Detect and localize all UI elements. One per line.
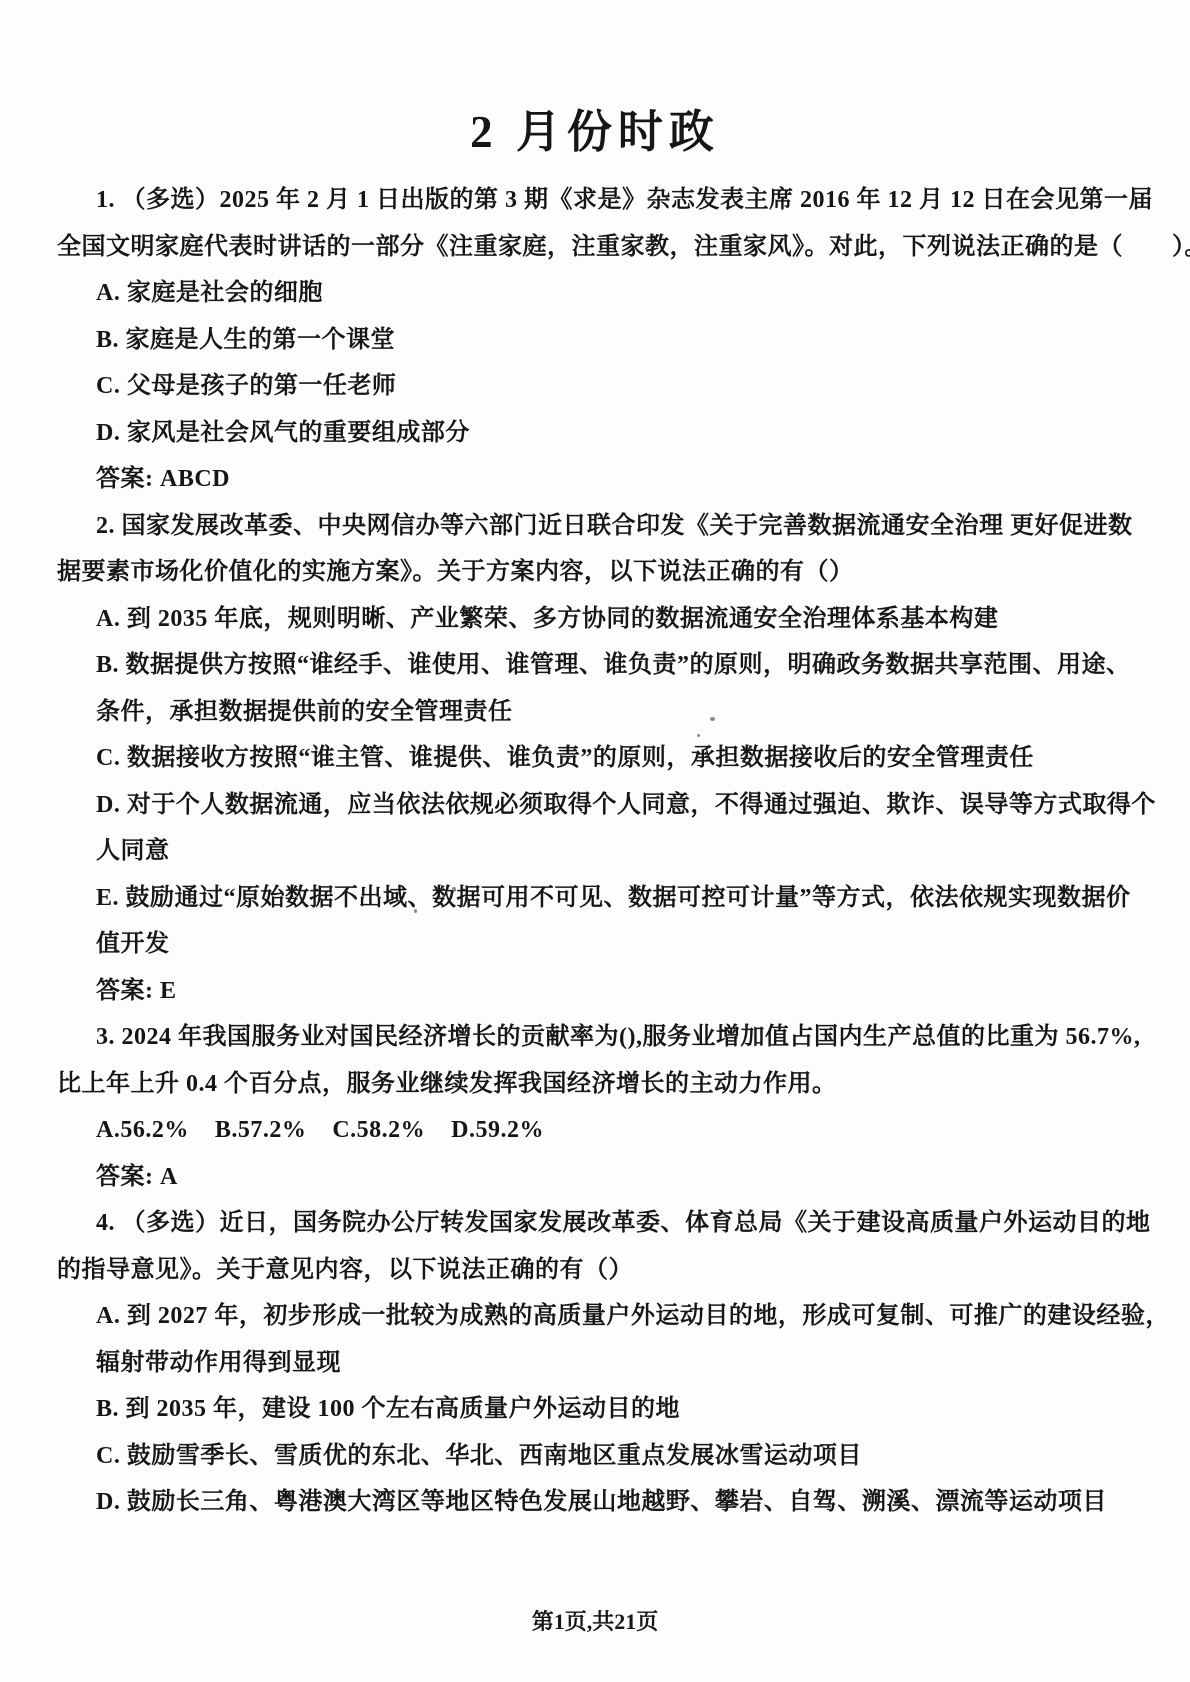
question-4-stem-line: 的指导意见》。关于意见内容，以下说法正确的有（） — [57, 1247, 1160, 1294]
scan-artifact-dot — [414, 909, 417, 913]
scan-artifact-dot — [710, 717, 715, 721]
question-2-stem-line: 据要素市场化价值化的实施方案》。关于方案内容，以下说法正确的有（） — [57, 549, 1160, 596]
question-1-option-line: D. 家风是社会风气的重要组成部分 — [57, 410, 1160, 457]
scan-artifact-dot — [452, 887, 456, 891]
question-2-option-line: E. 鼓励通过“原始数据不出域、数据可用不可见、数据可控可计量”等方式，依法依规… — [57, 875, 1160, 922]
question-2-option-line: 人同意 — [57, 828, 1160, 875]
question-3-stem-line: 比上年上升 0.4 个百分点，服务业继续发挥我国经济增长的主动力作用。 — [57, 1061, 1160, 1108]
question-3-stem-line: 3. 2024 年我国服务业对国民经济增长的贡献率为(),服务业增加值占国内生产… — [57, 1014, 1160, 1061]
question-1-stem-line: 1. （多选）2025 年 2 月 1 日出版的第 3 期《求是》杂志发表主席 … — [57, 177, 1160, 224]
question-1-option-line: C. 父母是孩子的第一任老师 — [57, 363, 1160, 410]
question-2-option-line: C. 数据接收方按照“谁主管、谁提供、谁负责”的原则，承担数据接收后的安全管理责… — [57, 735, 1160, 782]
question-1-stem-line: 全国文明家庭代表时讲话的一部分《注重家庭，注重家教，注重家风》。对此，下列说法正… — [57, 224, 1160, 271]
question-4-stem-line: 4. （多选）近日，国务院办公厅转发国家发展改革委、体育总局《关于建设高质量户外… — [57, 1200, 1160, 1247]
document-title: 2 月份时政 — [0, 100, 1190, 164]
question-2-stem-line: 2. 国家发展改革委、中央网信办等六部门近日联合印发《关于完善数据流通安全治理 … — [57, 503, 1160, 550]
question-3-answer: 答案: A — [57, 1154, 1160, 1201]
question-4-option-line: B. 到 2035 年，建设 100 个左右高质量户外运动目的地 — [57, 1386, 1160, 1433]
question-2-answer: 答案: E — [57, 968, 1160, 1015]
question-2-option-line: 值开发 — [57, 921, 1160, 968]
page-number-footer: 第1页,共21页 — [0, 1605, 1190, 1636]
question-1-option-line: A. 家庭是社会的细胞 — [57, 270, 1160, 317]
question-2-option-line: B. 数据提供方按照“谁经手、谁使用、谁管理、谁负责”的原则，明确政务数据共享范… — [57, 642, 1160, 689]
question-4-option-line: 辐射带动作用得到显现 — [57, 1340, 1160, 1387]
scanned-exam-page: 2 月份时政 1. （多选）2025 年 2 月 1 日出版的第 3 期《求是》… — [0, 0, 1190, 1682]
question-4-option-line: C. 鼓励雪季长、雪质优的东北、华北、西南地区重点发展冰雪运动项目 — [57, 1433, 1160, 1480]
question-4-option-line: D. 鼓励长三角、粤港澳大湾区等地区特色发展山地越野、攀岩、自驾、溯溪、漂流等运… — [57, 1479, 1160, 1526]
question-3-option-line: A.56.2% B.57.2% C.58.2% D.59.2% — [57, 1107, 1160, 1154]
questions-container: 1. （多选）2025 年 2 月 1 日出版的第 3 期《求是》杂志发表主席 … — [0, 177, 1190, 1526]
question-2-option-line: A. 到 2035 年底，规则明晰、产业繁荣、多方协同的数据流通安全治理体系基本… — [57, 596, 1160, 643]
question-4-option-line: A. 到 2027 年，初步形成一批较为成熟的高质量户外运动目的地，形成可复制、… — [57, 1293, 1160, 1340]
question-1-answer: 答案: ABCD — [57, 456, 1160, 503]
scan-artifact-dot — [697, 734, 700, 737]
question-2-option-line: D. 对于个人数据流通，应当依法依规必须取得个人同意，不得通过强迫、欺诈、误导等… — [57, 782, 1160, 829]
question-2-option-line: 条件，承担数据提供前的安全管理责任 — [57, 689, 1160, 736]
question-1-option-line: B. 家庭是人生的第一个课堂 — [57, 317, 1160, 364]
